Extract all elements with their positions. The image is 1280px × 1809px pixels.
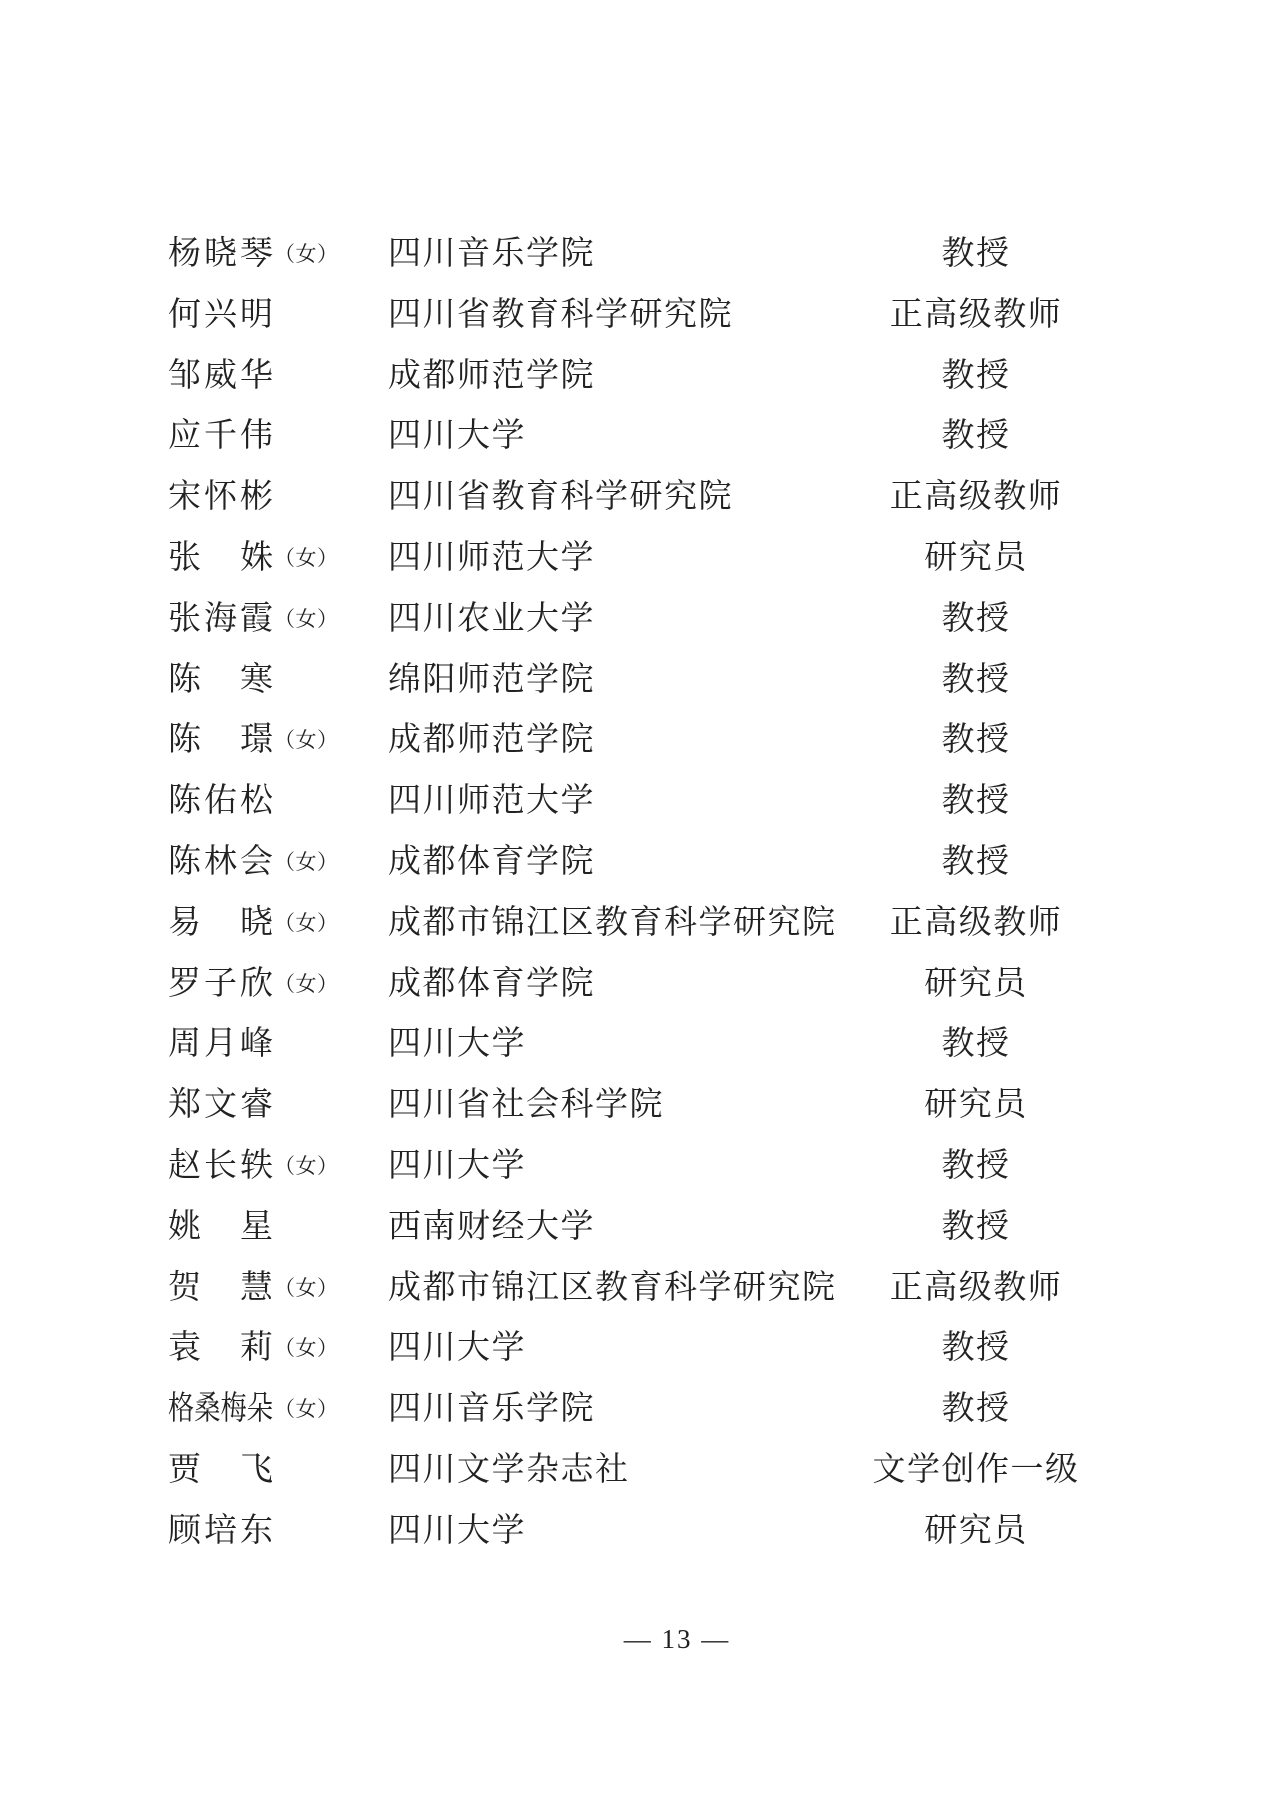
person-name: 邹威华 [168,346,273,407]
institution: 四川师范大学 [388,771,595,832]
institution: 成都市锦江区教育科学研究院 [388,1258,837,1319]
institution: 四川农业大学 [388,589,595,650]
institution: 四川大学 [388,1501,526,1562]
table-row: 易晓 （女） 成都市锦江区教育科学研究院 正高级教师 [0,893,1280,954]
gender-marker: （女） [274,954,339,1015]
person-name: 何兴明 [168,285,273,346]
professional-title: 教授 [776,650,1176,711]
person-name: 罗子欣 [168,954,273,1015]
person-name: 格桑梅朵 [168,1379,273,1440]
institution: 四川文学杂志社 [388,1440,630,1501]
professional-title: 研究员 [776,1075,1176,1136]
table-row: 张姝 （女） 四川师范大学 研究员 [0,528,1280,589]
professional-title: 研究员 [776,1501,1176,1562]
institution: 四川音乐学院 [388,1379,595,1440]
person-name: 杨晓琴 [168,224,273,285]
gender-marker: （女） [274,589,339,650]
gender-marker: （女） [274,1379,339,1440]
person-name: 贺慧 [168,1258,273,1319]
professional-title: 教授 [776,224,1176,285]
professional-title: 正高级教师 [776,467,1176,528]
personnel-list: 杨晓琴 （女） 四川音乐学院 教授 何兴明 四川省教育科学研究院 正高级教师 邹… [0,224,1280,1562]
person-name: 贾飞 [168,1440,273,1501]
institution: 四川省教育科学研究院 [388,285,733,346]
professional-title: 文学创作一级 [776,1440,1176,1501]
person-name: 周月峰 [168,1014,273,1075]
gender-marker: （女） [274,1318,339,1379]
table-row: 格桑梅朵 （女） 四川音乐学院 教授 [0,1379,1280,1440]
person-name: 张姝 [168,528,273,589]
institution: 四川省教育科学研究院 [388,467,733,528]
professional-title: 教授 [776,346,1176,407]
gender-marker: （女） [274,893,339,954]
professional-title: 教授 [776,589,1176,650]
person-name: 姚星 [168,1197,273,1258]
table-row: 周月峰 四川大学 教授 [0,1014,1280,1075]
table-row: 姚星 西南财经大学 教授 [0,1197,1280,1258]
table-row: 陈林会 （女） 成都体育学院 教授 [0,832,1280,893]
institution: 四川大学 [388,1136,526,1197]
institution: 成都体育学院 [388,832,595,893]
professional-title: 教授 [776,406,1176,467]
professional-title: 教授 [776,1197,1176,1258]
table-row: 贾飞 四川文学杂志社 文学创作一级 [0,1440,1280,1501]
gender-marker: （女） [274,1136,339,1197]
professional-title: 教授 [776,1379,1176,1440]
table-row: 宋怀彬 四川省教育科学研究院 正高级教师 [0,467,1280,528]
institution: 成都体育学院 [388,954,595,1015]
table-row: 邹威华 成都师范学院 教授 [0,346,1280,407]
table-row: 贺慧 （女） 成都市锦江区教育科学研究院 正高级教师 [0,1258,1280,1319]
person-name: 顾培东 [168,1501,273,1562]
table-row: 陈寒 绵阳师范学院 教授 [0,650,1280,711]
table-row: 张海霞 （女） 四川农业大学 教授 [0,589,1280,650]
professional-title: 教授 [776,1014,1176,1075]
institution: 成都市锦江区教育科学研究院 [388,893,837,954]
table-row: 罗子欣 （女） 成都体育学院 研究员 [0,954,1280,1015]
professional-title: 教授 [776,1136,1176,1197]
document-page: 杨晓琴 （女） 四川音乐学院 教授 何兴明 四川省教育科学研究院 正高级教师 邹… [0,0,1280,1809]
gender-marker: （女） [274,1258,339,1319]
professional-title: 研究员 [776,954,1176,1015]
gender-marker: （女） [274,528,339,589]
professional-title: 教授 [776,710,1176,771]
person-name: 陈佑松 [168,771,273,832]
gender-marker: （女） [274,832,339,893]
table-row: 应千伟 四川大学 教授 [0,406,1280,467]
person-name: 郑文睿 [168,1075,273,1136]
gender-marker: （女） [274,710,339,771]
table-row: 杨晓琴 （女） 四川音乐学院 教授 [0,224,1280,285]
institution: 成都师范学院 [388,710,595,771]
person-name: 陈林会 [168,832,273,893]
person-name: 陈璟 [168,710,273,771]
professional-title: 正高级教师 [776,1258,1176,1319]
table-row: 赵长轶 （女） 四川大学 教授 [0,1136,1280,1197]
table-row: 顾培东 四川大学 研究员 [0,1501,1280,1562]
professional-title: 教授 [776,771,1176,832]
institution: 四川大学 [388,1014,526,1075]
professional-title: 正高级教师 [776,893,1176,954]
table-row: 陈璟 （女） 成都师范学院 教授 [0,710,1280,771]
person-name: 陈寒 [168,650,273,711]
institution: 四川大学 [388,406,526,467]
professional-title: 正高级教师 [776,285,1176,346]
institution: 四川音乐学院 [388,224,595,285]
person-name: 袁莉 [168,1318,273,1379]
person-name: 应千伟 [168,406,273,467]
page-number: — 13 — [540,1622,814,1656]
institution: 西南财经大学 [388,1197,595,1258]
person-name: 宋怀彬 [168,467,273,528]
professional-title: 教授 [776,832,1176,893]
table-row: 袁莉 （女） 四川大学 教授 [0,1318,1280,1379]
person-name: 张海霞 [168,589,273,650]
institution: 成都师范学院 [388,346,595,407]
table-row: 郑文睿 四川省社会科学院 研究员 [0,1075,1280,1136]
person-name: 易晓 [168,893,273,954]
table-row: 陈佑松 四川师范大学 教授 [0,771,1280,832]
person-name: 赵长轶 [168,1136,273,1197]
institution: 四川省社会科学院 [388,1075,664,1136]
institution: 绵阳师范学院 [388,650,595,711]
table-row: 何兴明 四川省教育科学研究院 正高级教师 [0,285,1280,346]
professional-title: 研究员 [776,528,1176,589]
gender-marker: （女） [274,224,339,285]
institution: 四川大学 [388,1318,526,1379]
professional-title: 教授 [776,1318,1176,1379]
institution: 四川师范大学 [388,528,595,589]
